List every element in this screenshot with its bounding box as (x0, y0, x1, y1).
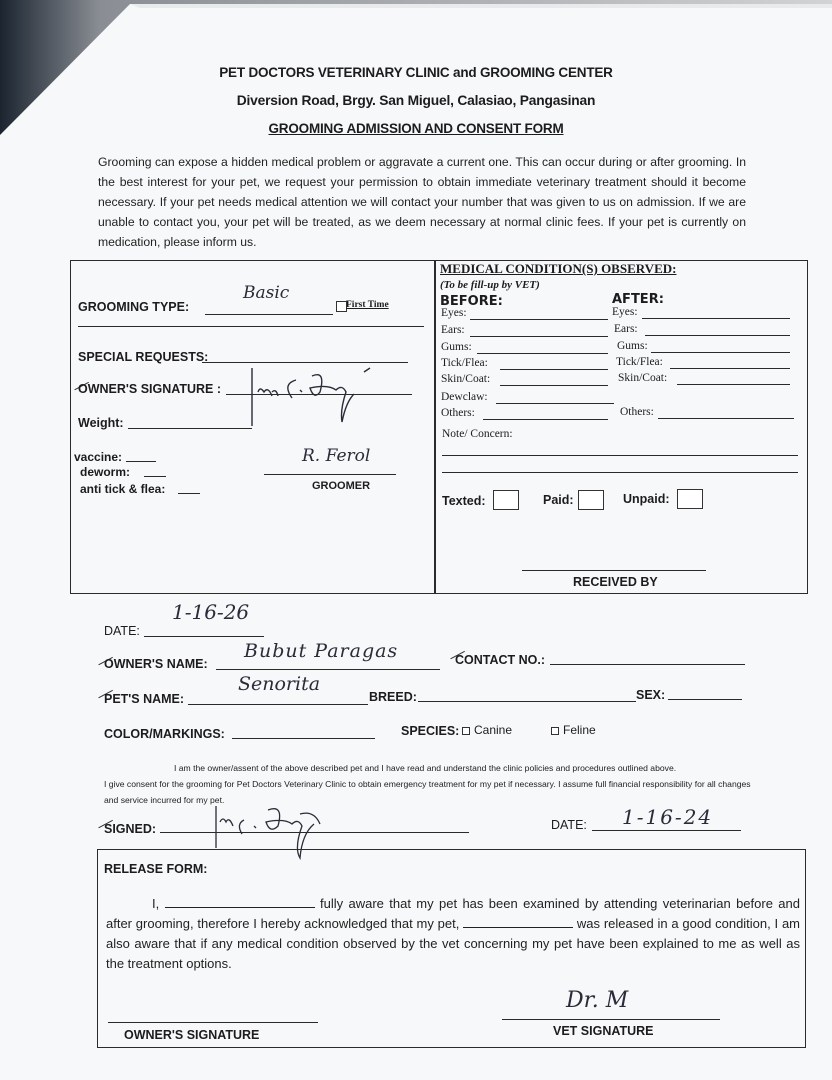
clinic-name: PET DOCTORS VETERINARY CLINIC and GROOMI… (0, 65, 832, 80)
pet-name-value: Senorita (238, 673, 320, 695)
medical-subtitle: (To be fill-up by VET) (440, 279, 540, 291)
signed-label: SIGNED: (104, 822, 156, 836)
unpaid-checkbox[interactable] (677, 489, 703, 509)
vet-signature-field[interactable] (502, 1019, 720, 1020)
canine-checkbox[interactable] (462, 727, 470, 735)
before-field-input[interactable] (470, 319, 608, 320)
after-field-label: Skin/Coat: (618, 372, 667, 384)
consent-line-1: I am the owner/assent of the above descr… (104, 760, 754, 776)
groomer-label: GROOMER (312, 480, 370, 492)
before-field-label: Gums: (441, 341, 472, 353)
groomer-signature-value: R. Ferol (302, 446, 370, 466)
consent-date-label: DATE: (551, 818, 587, 832)
pet-name-label: PET'S NAME: (104, 692, 184, 706)
vaccine-label: vaccine: (74, 450, 122, 464)
canine-label: Canine (474, 723, 512, 737)
sex-field[interactable] (668, 699, 742, 700)
after-field-label: Tick/Flea: (616, 356, 663, 368)
date-label: DATE: (104, 624, 140, 638)
antitick-label: anti tick & flea: (80, 482, 165, 496)
after-field-input[interactable] (645, 335, 790, 336)
antitick-field[interactable] (178, 493, 200, 494)
form-title: GROOMING ADMISSION AND CONSENT FORM (0, 121, 832, 136)
before-field-input[interactable] (500, 369, 608, 370)
intro-paragraph: Grooming can expose a hidden medical pro… (98, 152, 746, 252)
before-field-label: Tick/Flea: (441, 357, 488, 369)
after-field-input[interactable] (642, 318, 790, 319)
after-label: AFTER: (612, 292, 664, 307)
consent-text: I am the owner/assent of the above descr… (104, 760, 754, 808)
species-label: SPECIES: (401, 724, 459, 738)
date-value: 1-16-26 (172, 600, 249, 624)
weight-field[interactable] (128, 428, 252, 429)
owner-name-value: Bubut Paragas (244, 640, 398, 662)
after-field-input[interactable] (651, 352, 790, 353)
unpaid-label: Unpaid: (623, 492, 670, 506)
owner-name-field[interactable] (216, 669, 440, 670)
consent-date-field[interactable] (592, 830, 741, 831)
groomer-signature-field[interactable] (264, 474, 396, 475)
vaccine-field[interactable] (126, 461, 156, 462)
color-field[interactable] (232, 738, 375, 739)
breed-field[interactable] (418, 701, 636, 702)
note-line-1[interactable] (442, 455, 798, 456)
owner-signature-label: OWNER'S SIGNATURE : (78, 382, 221, 396)
before-field-label: Dewclaw: (441, 391, 488, 403)
texted-label: Texted: (442, 494, 486, 508)
after-field-label: Gums: (617, 340, 648, 352)
after-field-input[interactable] (670, 368, 790, 369)
before-field-input[interactable] (500, 385, 608, 386)
owner-name-label: OWNER'S NAME: (104, 657, 208, 671)
contact-field[interactable] (550, 664, 745, 665)
before-field-input[interactable] (483, 419, 608, 420)
after-field-input[interactable] (658, 418, 794, 419)
deworm-field[interactable] (144, 476, 166, 477)
after-field-label: Others: (620, 406, 654, 418)
box-divider (434, 260, 436, 593)
received-by-label: RECEIVED BY (573, 575, 658, 589)
pet-name-field[interactable] (188, 704, 368, 705)
feline-checkbox[interactable] (551, 727, 559, 735)
release-text: I, fully aware that my pet has been exam… (106, 894, 800, 974)
texted-checkbox[interactable] (493, 490, 519, 510)
release-pet-blank[interactable] (463, 915, 573, 928)
consent-line-2: I give consent for the grooming for Pet … (104, 776, 754, 808)
after-field-label: Eyes: (612, 306, 638, 318)
before-field-label: Others: (441, 407, 475, 419)
special-requests-label: SPECIAL REQUESTS: (78, 350, 208, 364)
grooming-type-value: Basic (243, 283, 289, 303)
feline-label: Feline (563, 723, 596, 737)
after-field-label: Ears: (614, 323, 638, 335)
grooming-type-label: GROOMING TYPE: (78, 300, 189, 314)
release-owner-signature-label: OWNER'S SIGNATURE (124, 1028, 259, 1042)
owner-signature-scribble (240, 362, 390, 430)
contact-label: CONTACT NO.: (455, 653, 545, 667)
release-owner-blank[interactable] (165, 895, 315, 908)
release-title: RELEASE FORM: (104, 862, 207, 876)
note-line-2[interactable] (442, 472, 798, 473)
release-text-a: I, (152, 896, 165, 911)
date-field[interactable] (144, 636, 264, 637)
consent-date-value: 1-16-24 (622, 805, 713, 829)
received-by-field[interactable] (522, 570, 706, 571)
before-field-input[interactable] (496, 403, 614, 404)
before-field-input[interactable] (470, 336, 608, 337)
breed-label: BREED: (369, 690, 417, 704)
clinic-address: Diversion Road, Brgy. San Miguel, Calasi… (0, 93, 832, 108)
paid-label: Paid: (543, 493, 574, 507)
paid-checkbox[interactable] (578, 490, 604, 510)
vet-signature-value: Dr. M (566, 988, 628, 1013)
before-field-label: Eyes: (441, 307, 467, 319)
sex-label: SEX: (636, 688, 665, 702)
after-field-input[interactable] (677, 384, 790, 385)
before-field-label: Skin/Coat: (441, 373, 490, 385)
before-field-label: Ears: (441, 324, 465, 336)
medical-title: MEDICAL CONDITION(S) OBSERVED: (440, 261, 676, 277)
vet-signature-label: VET SIGNATURE (553, 1024, 653, 1038)
weight-label: Weight: (78, 416, 124, 430)
color-label: COLOR/MARKINGS: (104, 727, 225, 741)
deworm-label: deworm: (80, 465, 130, 479)
grooming-extra-line[interactable] (78, 326, 424, 327)
note-label: Note/ Concern: (442, 428, 513, 440)
grooming-type-field[interactable] (205, 314, 333, 315)
before-field-input[interactable] (477, 353, 608, 354)
release-owner-signature-field[interactable] (108, 1022, 318, 1023)
first-time-label: First Time (346, 300, 389, 310)
